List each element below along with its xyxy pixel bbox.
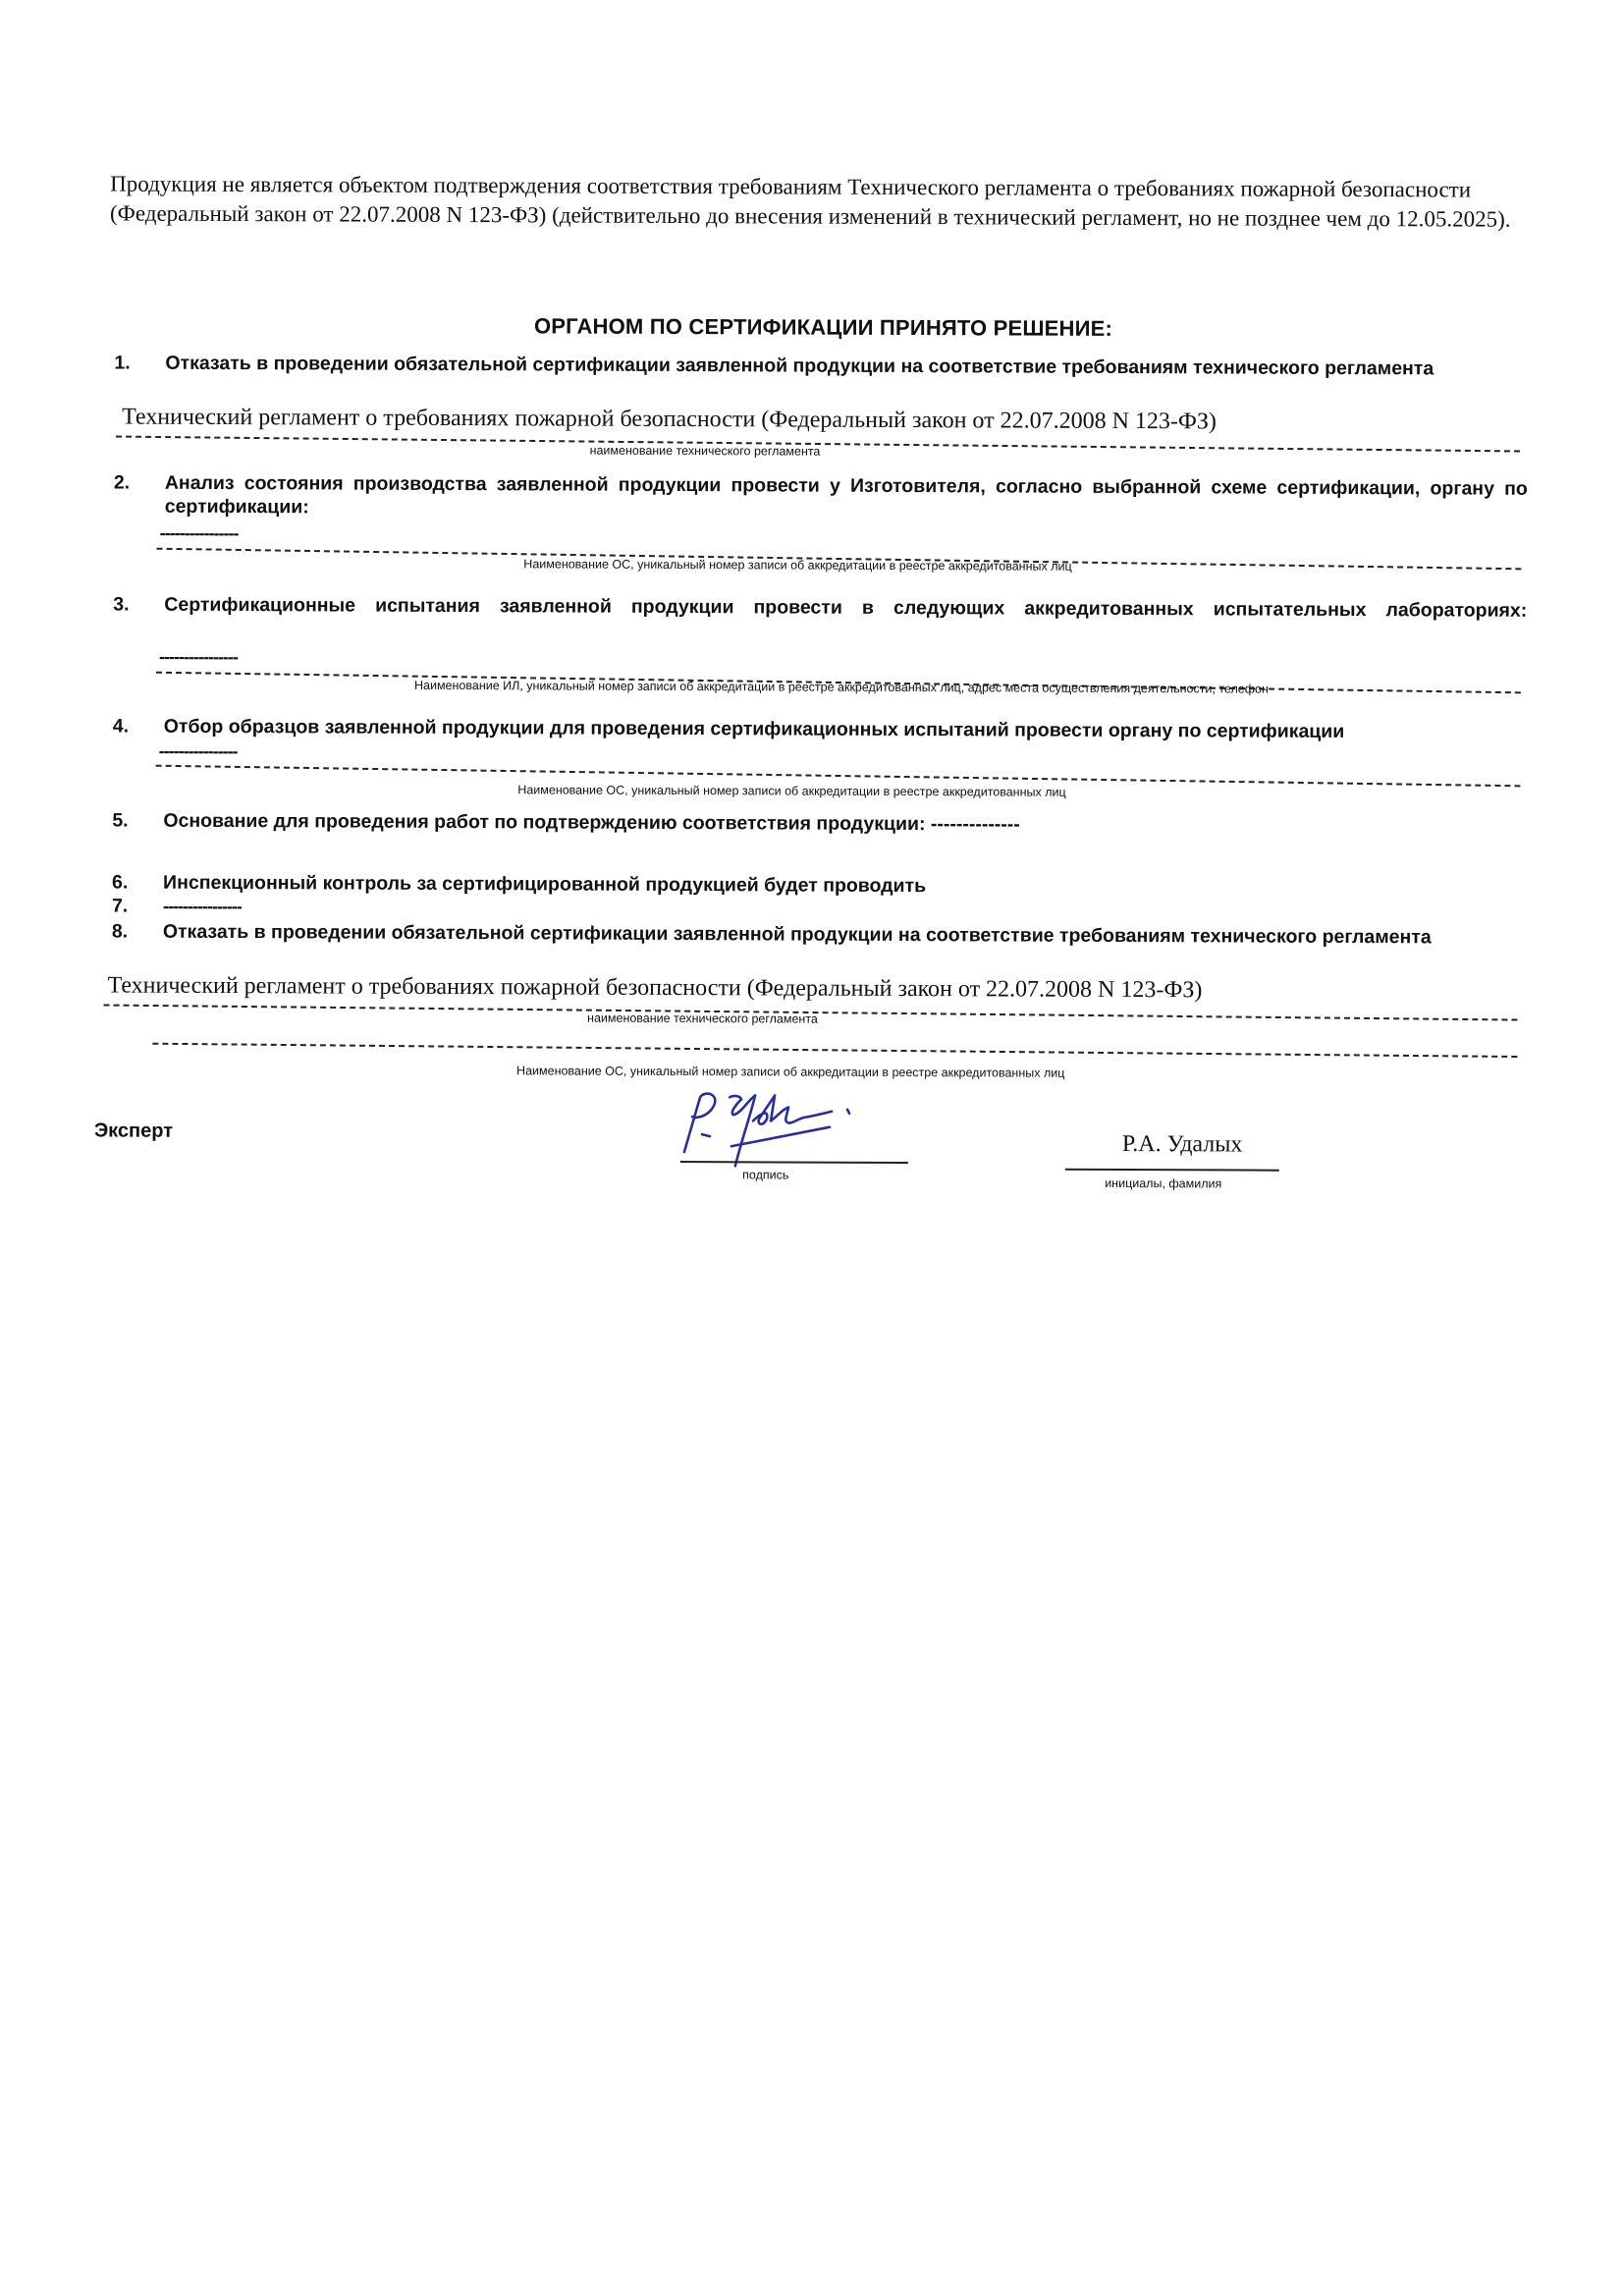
item-text: Отбор образцов заявленной продукции для … <box>164 715 1527 744</box>
decision-item-7: 7. ---------------- <box>112 895 1526 924</box>
item-4-caption: Наименование ОС, уникальный номер записи… <box>384 783 1199 800</box>
item-8-caption-2: Наименование ОС, уникальный номер записи… <box>383 1064 1198 1081</box>
decision-heading: ОРГАНОМ ПО СЕРТИФИКАЦИИ ПРИНЯТО РЕШЕНИЕ: <box>97 311 1550 343</box>
item-8-caption: наименование технического регламента <box>506 1011 898 1026</box>
expert-label: Эксперт <box>94 1120 173 1142</box>
item-number: 7. <box>112 895 151 918</box>
signature-caption: подпись <box>712 1168 820 1181</box>
item-3-fill: ---------------- <box>159 647 238 668</box>
name-line <box>1065 1169 1279 1172</box>
handwritten-signature-icon <box>673 1091 928 1180</box>
item-number: 6. <box>112 871 151 895</box>
item-4-fill: ---------------- <box>159 741 238 762</box>
document-page: Продукция не является объектом подтвержд… <box>0 0 1623 2296</box>
item-text: Сертификационные испытания заявленной пр… <box>164 593 1527 623</box>
item-8-dashed-line-2 <box>152 1043 1517 1058</box>
item-2-fill: ---------------- <box>160 523 239 544</box>
decision-item-8: 8. Отказать в проведении обязательной се… <box>112 920 1526 950</box>
item-text: Отказать в проведении обязательной серти… <box>163 920 1526 950</box>
item-number: 2. <box>114 471 153 495</box>
decision-item-1: 1. Отказать в проведении обязательной се… <box>114 352 1528 381</box>
item-8-regulation-fill: Технический регламент о требованиях пожа… <box>108 972 1203 1004</box>
item-text: Отказать в проведении обязательной серти… <box>165 352 1528 381</box>
item-1-regulation-fill: Технический регламент о требованиях пожа… <box>122 405 1217 436</box>
name-caption: инициалы, фамилия <box>1065 1176 1262 1191</box>
decision-item-4: 4. Отбор образцов заявленной продукции д… <box>113 715 1527 744</box>
decision-item-3: 3. Сертификационные испытания заявленной… <box>113 593 1527 623</box>
item-number: 1. <box>114 352 153 375</box>
decision-item-2: 2. Анализ состояния производства заявлен… <box>114 471 1528 524</box>
expert-name: Р.А. Удалых <box>1122 1131 1243 1159</box>
item-number: 5. <box>112 809 151 833</box>
item-2-caption: Наименование ОС, уникальный номер записи… <box>390 557 1205 574</box>
item-number: 8. <box>112 920 151 944</box>
item-number: 4. <box>113 715 152 738</box>
item-3-caption: Наименование ИЛ, уникальный номер записи… <box>277 678 1406 696</box>
item-text: Анализ состояния производства заявленной… <box>165 471 1528 524</box>
intro-paragraph: Продукция не является объектом подтвержд… <box>110 169 1563 234</box>
item-1-caption: наименование технического регламента <box>509 443 901 459</box>
item-number: 3. <box>113 593 152 617</box>
decision-item-5: 5. Основание для проведения работ по под… <box>112 809 1526 839</box>
item-text: Основание для проведения работ по подтве… <box>163 809 1526 839</box>
item-text: ---------------- <box>163 895 1526 924</box>
